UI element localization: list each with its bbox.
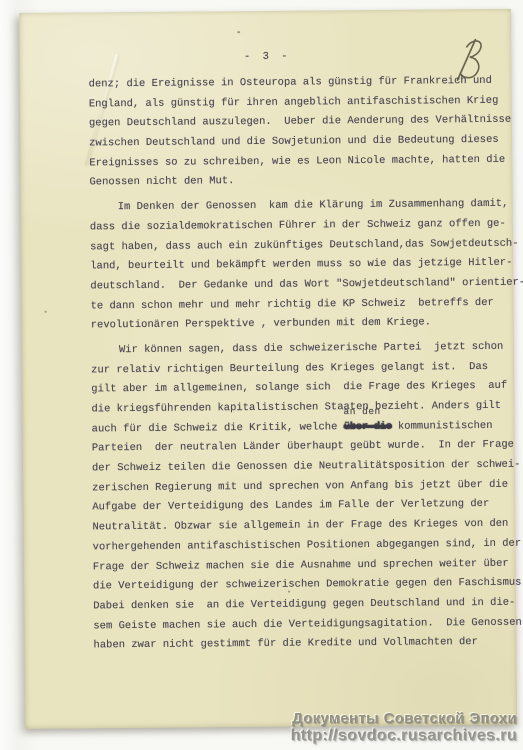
paragraph: denz; die Ereignisse in Osteuropa als gü… xyxy=(89,72,504,194)
struck-word: über die xyxy=(344,420,392,432)
paper-speck xyxy=(237,31,240,33)
paragraph: Im Denken der Genossen kam die Klärung i… xyxy=(90,195,505,336)
typewritten-text-block: denz; die Ereignisse in Osteuropa als gü… xyxy=(89,72,508,657)
text-line: haben zwar nicht gestimmt für die Kredit… xyxy=(93,633,507,656)
watermark-archive-title: Документы Советской Эпохи xyxy=(291,711,517,727)
paper-speck xyxy=(45,311,47,313)
scan-background: - 3 - denz; die Ereignisse in Osteuropa … xyxy=(0,0,523,750)
paragraph: Wir können sagen, dass die schweizerisch… xyxy=(91,338,508,657)
text-line: Genossen nicht den Mut. xyxy=(89,170,503,193)
watermark-archive-url: http://sovdoc.rusarchives.ru xyxy=(291,727,517,745)
interlinear-insertion: an den xyxy=(343,407,380,417)
text-line: revolutionären Perspektive , verbunden m… xyxy=(91,313,505,336)
text-segment: auch für die Schweiz die Kritik, welche xyxy=(92,421,344,435)
archive-watermark: Документы Советской Эпохи http://sovdoc.… xyxy=(291,711,517,745)
document-page: - 3 - denz; die Ereignisse in Osteuropa … xyxy=(19,9,517,729)
text-segment: kommunistischen xyxy=(392,420,493,433)
page-number: - 3 - xyxy=(244,51,291,63)
